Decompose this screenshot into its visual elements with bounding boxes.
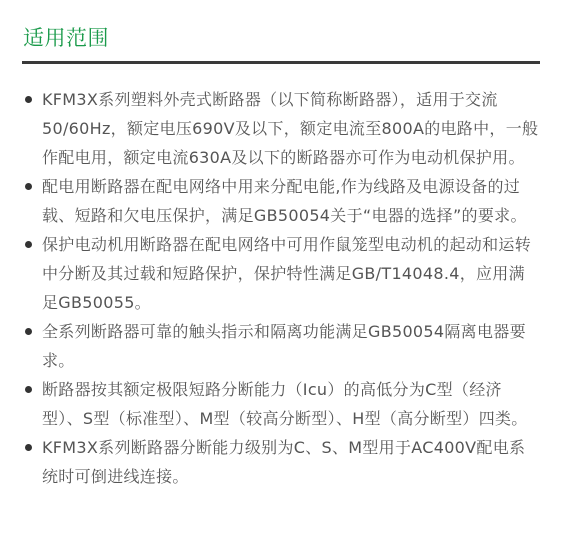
list-item: 全系列断路器可靠的触头指示和隔离功能满足GB50054隔离电器要求。 — [22, 317, 540, 375]
list-item: 保护电动机用断路器在配电网络中可用作鼠笼型电动机的起动和运转中分断及其过载和短路… — [22, 230, 540, 317]
bullet-icon — [25, 241, 32, 248]
title-divider — [22, 61, 540, 64]
bullet-icon — [25, 328, 32, 335]
bullet-icon — [25, 444, 32, 451]
bullet-icon — [25, 183, 32, 190]
applicable-scope-section: 适用范围 KFM3X系列塑料外壳式断路器（以下简称断路器），适用于交流50/60… — [22, 22, 540, 491]
bullet-icon — [25, 386, 32, 393]
list-item-text: 配电用断路器在配电网络中用来分配电能,作为线路及电源设备的过载、短路和欠电压保护… — [42, 172, 540, 230]
list-item-text: 全系列断路器可靠的触头指示和隔离功能满足GB50054隔离电器要求。 — [42, 317, 540, 375]
scope-list: KFM3X系列塑料外壳式断路器（以下简称断路器），适用于交流50/60Hz，额定… — [22, 85, 540, 491]
list-item-text: KFM3X系列塑料外壳式断路器（以下简称断路器），适用于交流50/60Hz，额定… — [42, 85, 540, 172]
list-item: KFM3X系列塑料外壳式断路器（以下简称断路器），适用于交流50/60Hz，额定… — [22, 85, 540, 172]
list-item: 配电用断路器在配电网络中用来分配电能,作为线路及电源设备的过载、短路和欠电压保护… — [22, 172, 540, 230]
section-title: 适用范围 — [22, 22, 540, 54]
list-item-text: 保护电动机用断路器在配电网络中可用作鼠笼型电动机的起动和运转中分断及其过载和短路… — [42, 230, 540, 317]
list-item-text: KFM3X系列断路器分断能力级别为C、S、M型用于AC400V配电系统时可倒进线… — [42, 433, 540, 491]
list-item-text: 断路器按其额定极限短路分断能力（Icu）的高低分为C型（经济型）、S型（标准型）… — [42, 375, 540, 433]
list-item: KFM3X系列断路器分断能力级别为C、S、M型用于AC400V配电系统时可倒进线… — [22, 433, 540, 491]
bullet-icon — [25, 96, 32, 103]
list-item: 断路器按其额定极限短路分断能力（Icu）的高低分为C型（经济型）、S型（标准型）… — [22, 375, 540, 433]
